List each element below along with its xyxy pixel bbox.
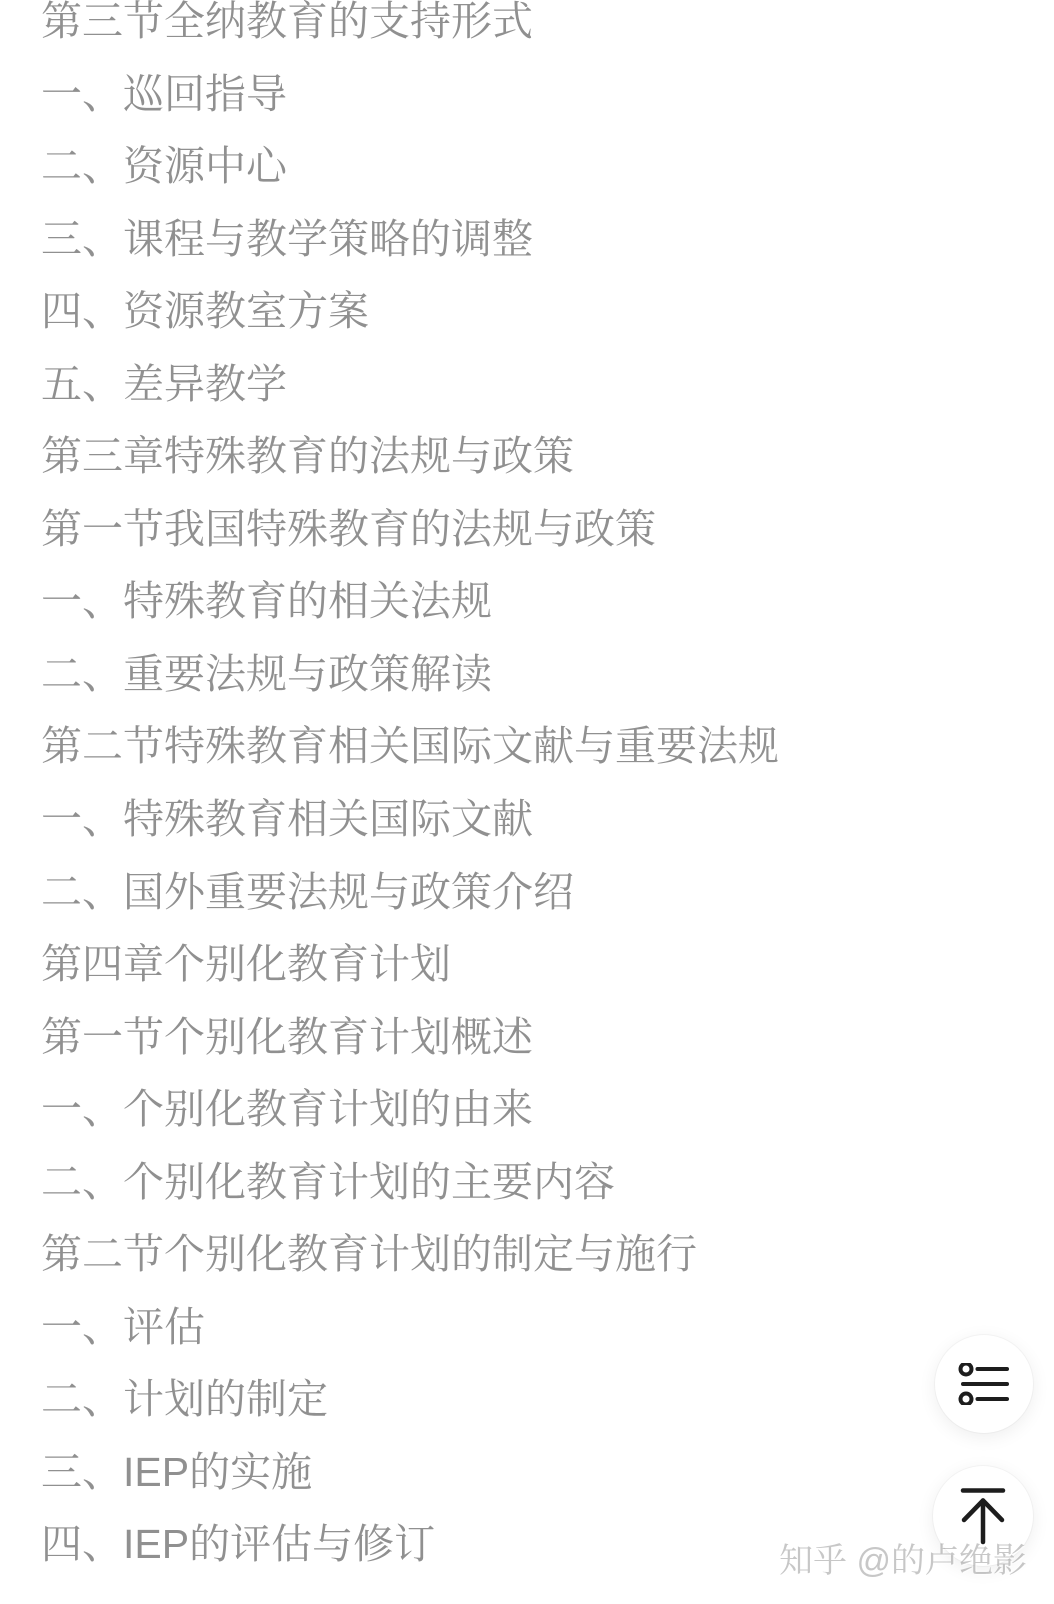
toc-line: 四、资源教室方案 bbox=[41, 275, 779, 348]
toc-line: 第三节全纳教育的支持形式 bbox=[41, 0, 779, 58]
catalog-button[interactable] bbox=[935, 1335, 1033, 1433]
toc-line: 五、差异教学 bbox=[41, 348, 779, 421]
list-with-bullets-icon bbox=[958, 1363, 1010, 1405]
toc-line: 四、IEP的评估与修订 bbox=[41, 1508, 779, 1581]
toc-line: 第一节我国特殊教育的法规与政策 bbox=[41, 493, 779, 566]
toc-line: 三、课程与教学策略的调整 bbox=[41, 203, 779, 276]
toc-line: 一、个别化教育计划的由来 bbox=[41, 1073, 779, 1146]
article-toc: 第三节全纳教育的支持形式一、巡回指导二、资源中心三、课程与教学策略的调整四、资源… bbox=[41, 0, 779, 1581]
zhihu-watermark: 知乎 @的卢绝影 bbox=[779, 1543, 1027, 1579]
toc-line: 第四章个别化教育计划 bbox=[41, 928, 779, 1001]
toc-line: 二、资源中心 bbox=[41, 130, 779, 203]
toc-line: 一、巡回指导 bbox=[41, 58, 779, 131]
toc-line: 一、特殊教育的相关法规 bbox=[41, 565, 779, 638]
toc-line: 一、评估 bbox=[41, 1291, 779, 1364]
toc-line: 第二节特殊教育相关国际文献与重要法规 bbox=[41, 710, 779, 783]
toc-line: 二、个别化教育计划的主要内容 bbox=[41, 1146, 779, 1219]
toc-line: 一、特殊教育相关国际文献 bbox=[41, 783, 779, 856]
arrow-up-to-bar-icon bbox=[960, 1487, 1006, 1545]
toc-line: 第一节个别化教育计划概述 bbox=[41, 1001, 779, 1074]
toc-line: 二、计划的制定 bbox=[41, 1363, 779, 1436]
toc-line: 第三章特殊教育的法规与政策 bbox=[41, 420, 779, 493]
toc-line: 二、国外重要法规与政策介绍 bbox=[41, 856, 779, 929]
toc-line: 三、IEP的实施 bbox=[41, 1436, 779, 1509]
toc-line: 二、重要法规与政策解读 bbox=[41, 638, 779, 711]
toc-line: 第二节个别化教育计划的制定与施行 bbox=[41, 1218, 779, 1291]
